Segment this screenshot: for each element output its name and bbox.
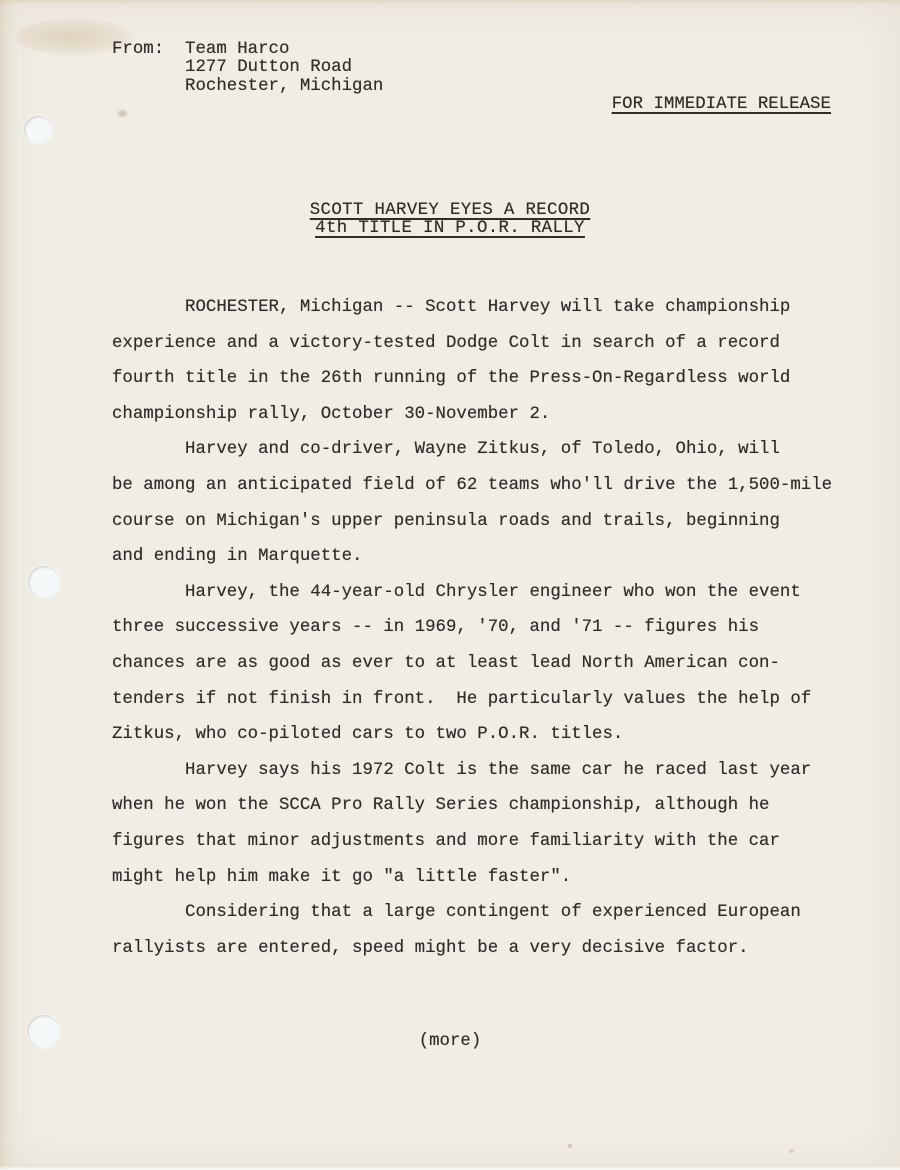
text-line: tenders if not finish in front. He parti… (112, 682, 832, 718)
text-line: ROCHESTER, Michigan -- Scott Harvey will… (112, 290, 832, 326)
text-line: be among an anticipated field of 62 team… (112, 468, 832, 504)
punch-hole-middle (28, 566, 60, 598)
sender-address-block: From: Team Harco 1277 Dutton Road Roches… (112, 41, 383, 96)
headline: SCOTT HARVEY EYES A RECORD4th TITLE IN P… (0, 202, 900, 238)
text-line: 1277 Dutton Road (112, 59, 383, 77)
text-line: Harvey says his 1972 Colt is the same ca… (112, 753, 832, 789)
text-line: figures that minor adjustments and more … (112, 824, 832, 860)
text-line: Harvey and co-driver, Wayne Zitkus, of T… (112, 432, 832, 468)
paper-speck (789, 1149, 794, 1153)
text-line: Zitkus, who co-piloted cars to two P.O.R… (112, 717, 832, 753)
text-line: Rochester, Michigan (112, 78, 383, 96)
text-line: chances are as good as ever to at least … (112, 646, 832, 682)
text-line: fourth title in the 26th running of the … (112, 361, 832, 397)
punch-hole-top (24, 116, 52, 144)
text-line: experience and a victory-tested Dodge Co… (112, 326, 832, 362)
body-text: ROCHESTER, Michigan -- Scott Harvey will… (112, 290, 832, 966)
text-line: Harvey, the 44-year-old Chrysler enginee… (112, 575, 832, 611)
more-indicator: (more) (0, 1032, 900, 1051)
text-line: From: Team Harco (112, 41, 383, 59)
text-line: and ending in Marquette. (112, 539, 832, 575)
text-line: 4th TITLE IN P.O.R. RALLY (0, 220, 900, 238)
release-notice-text: FOR IMMEDIATE RELEASE (612, 95, 831, 114)
text-line: might help him make it go "a little fast… (112, 860, 832, 896)
paper-speck (568, 1144, 572, 1148)
text-line: Considering that a large contingent of e… (112, 895, 832, 931)
release-notice: FOR IMMEDIATE RELEASE (570, 78, 831, 133)
text-line: SCOTT HARVEY EYES A RECORD (310, 202, 590, 220)
text-line: when he won the SCCA Pro Rally Series ch… (112, 788, 832, 824)
press-release-page: From: Team Harco 1277 Dutton Road Roches… (0, 0, 900, 1170)
text-line: rallyists are entered, speed might be a … (112, 931, 832, 967)
text-line: three successive years -- in 1969, '70, … (112, 610, 832, 646)
text-line: course on Michigan's upper peninsula roa… (112, 504, 832, 540)
paper-stain-dot (118, 110, 127, 117)
text-line: championship rally, October 30-November … (112, 397, 832, 433)
